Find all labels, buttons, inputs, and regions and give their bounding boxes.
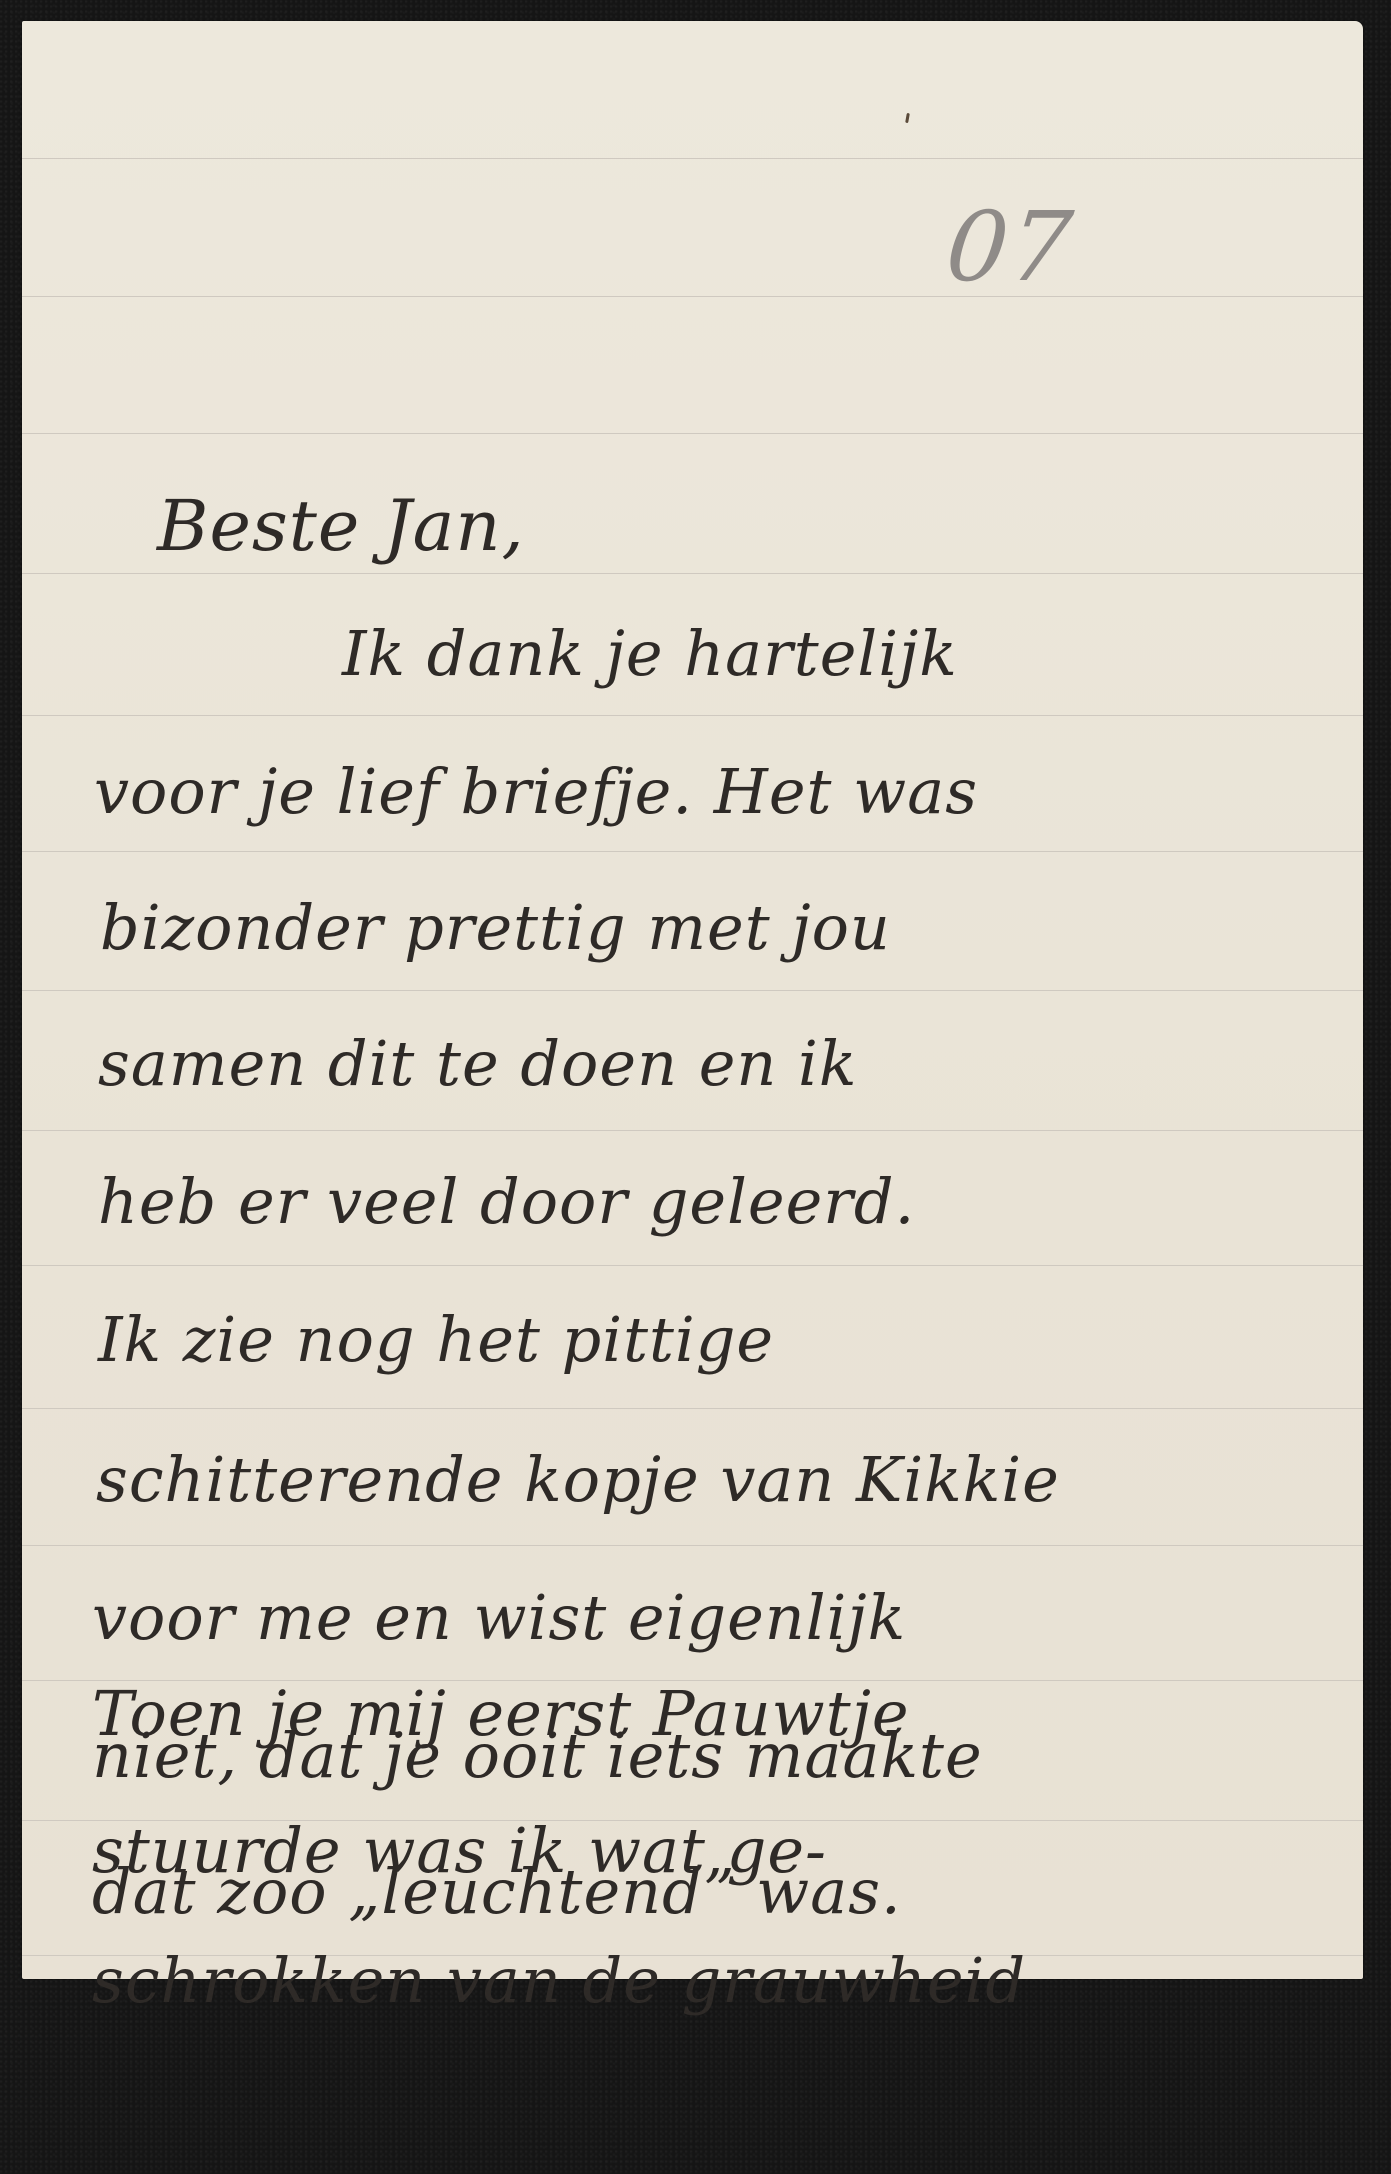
letter-line-11: Toen je mij eerst Pauwtje (92, 1683, 910, 1745)
letter-line-13: schrokken van de grauwheid (92, 1950, 1026, 2012)
ruled-line (22, 1265, 1363, 1266)
ruled-line (22, 1130, 1363, 1131)
page-number: 07 (941, 191, 1079, 303)
letter-line-2: voor je lief briefje. Het was (94, 761, 978, 823)
letter-line-4: samen dit te doen en ik (98, 1033, 857, 1095)
ruled-line (22, 158, 1363, 159)
letter-line-1: Ik dank je hartelijk (342, 623, 958, 685)
letter-line-6: Ik zie nog het pittige (98, 1309, 774, 1371)
letter-line-3: bizonder prettig met jou (100, 897, 891, 959)
letter-line-7: schitterende kopje van Kikkie (96, 1449, 1060, 1511)
ruled-line (22, 715, 1363, 716)
salutation: Beste Jan, (157, 491, 525, 561)
ruled-line (22, 1408, 1363, 1409)
ruled-line (22, 990, 1363, 991)
letter-line-8: voor me en wist eigenlijk (92, 1587, 906, 1649)
letter-line-5: heb er veel door geleerd. (98, 1171, 915, 1233)
ruled-line (22, 1545, 1363, 1546)
ruled-line (22, 573, 1363, 574)
letter-line-12: stuurde was ik wat ge- (92, 1820, 827, 1882)
ink-mark (905, 113, 910, 123)
ruled-line (22, 851, 1363, 852)
ruled-line (22, 296, 1363, 297)
ruled-line (22, 433, 1363, 434)
